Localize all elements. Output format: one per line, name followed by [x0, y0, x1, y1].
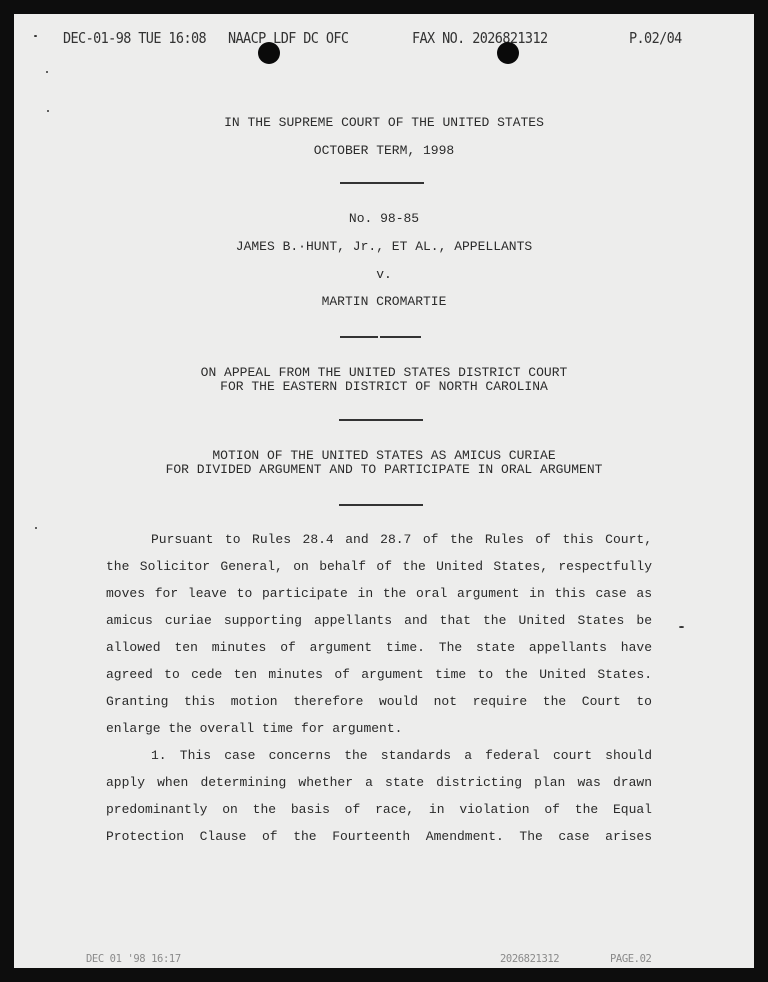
- docket-number: No. 98-85: [14, 211, 754, 226]
- motion-title-line-1: MOTION OF THE UNITED STATES AS AMICUS CU…: [14, 448, 754, 463]
- scan-speck: [46, 71, 48, 73]
- appellants: JAMES B.·HUNT, Jr., ET AL., APPELLANTS: [14, 239, 754, 254]
- body-line: the Solicitor General, on behalf of the …: [106, 559, 652, 574]
- punch-hole: [497, 42, 519, 64]
- divider-rule: [339, 419, 423, 421]
- fax-footer-page: PAGE.02: [610, 953, 651, 965]
- body-line: 1. This case concerns the standards a fe…: [151, 748, 652, 763]
- fax-footer-datetime: DEC 01 '98 16:17: [86, 953, 181, 965]
- scan-speck: [35, 527, 37, 529]
- scan-speck: [34, 35, 37, 37]
- body-line: moves for leave to participate in the or…: [106, 586, 652, 601]
- divider-rule: [339, 504, 423, 506]
- body-line: amicus curiae supporting appellants and …: [106, 613, 652, 628]
- punch-hole: [258, 42, 280, 64]
- body-line: Pursuant to Rules 28.4 and 28.7 of the R…: [151, 532, 652, 547]
- court-name: IN THE SUPREME COURT OF THE UNITED STATE…: [14, 115, 754, 130]
- divider-rule: [340, 182, 424, 184]
- fax-header-number: FAX NO. 2026821312: [412, 30, 548, 48]
- fax-header-sender: NAACP LDF DC OFC: [228, 30, 348, 48]
- divider-rule: [340, 336, 378, 338]
- appeal-line-1: ON APPEAL FROM THE UNITED STATES DISTRIC…: [14, 365, 754, 380]
- body-line: Granting this motion therefore would not…: [106, 694, 652, 709]
- body-line: allowed ten minutes of argument time. Th…: [106, 640, 652, 655]
- fax-header-datetime: DEC-01-98 TUE 16:08: [63, 30, 206, 48]
- fax-header-page: P.02/04: [629, 30, 682, 48]
- body-line: apply when determining whether a state d…: [106, 775, 652, 790]
- fax-footer-number: 2026821312: [500, 953, 559, 965]
- body-line: Protection Clause of the Fourteenth Amen…: [106, 829, 652, 844]
- fax-page: DEC-01-98 TUE 16:08 NAACP LDF DC OFC FAX…: [14, 14, 754, 968]
- body-line: agreed to cede ten minutes of argument t…: [106, 667, 652, 682]
- body-line: enlarge the overall time for argument.: [106, 721, 652, 736]
- motion-title-line-2: FOR DIVIDED ARGUMENT AND TO PARTICIPATE …: [14, 462, 754, 477]
- appellee: MARTIN CROMARTIE: [14, 294, 754, 309]
- court-term: OCTOBER TERM, 1998: [14, 143, 754, 158]
- scan-speck: [679, 626, 684, 628]
- versus: v.: [14, 267, 754, 282]
- divider-rule: [380, 336, 421, 338]
- appeal-line-2: FOR THE EASTERN DISTRICT OF NORTH CAROLI…: [14, 379, 754, 394]
- scan-speck: [47, 110, 49, 112]
- body-line: predominantly on the basis of race, in v…: [106, 802, 652, 817]
